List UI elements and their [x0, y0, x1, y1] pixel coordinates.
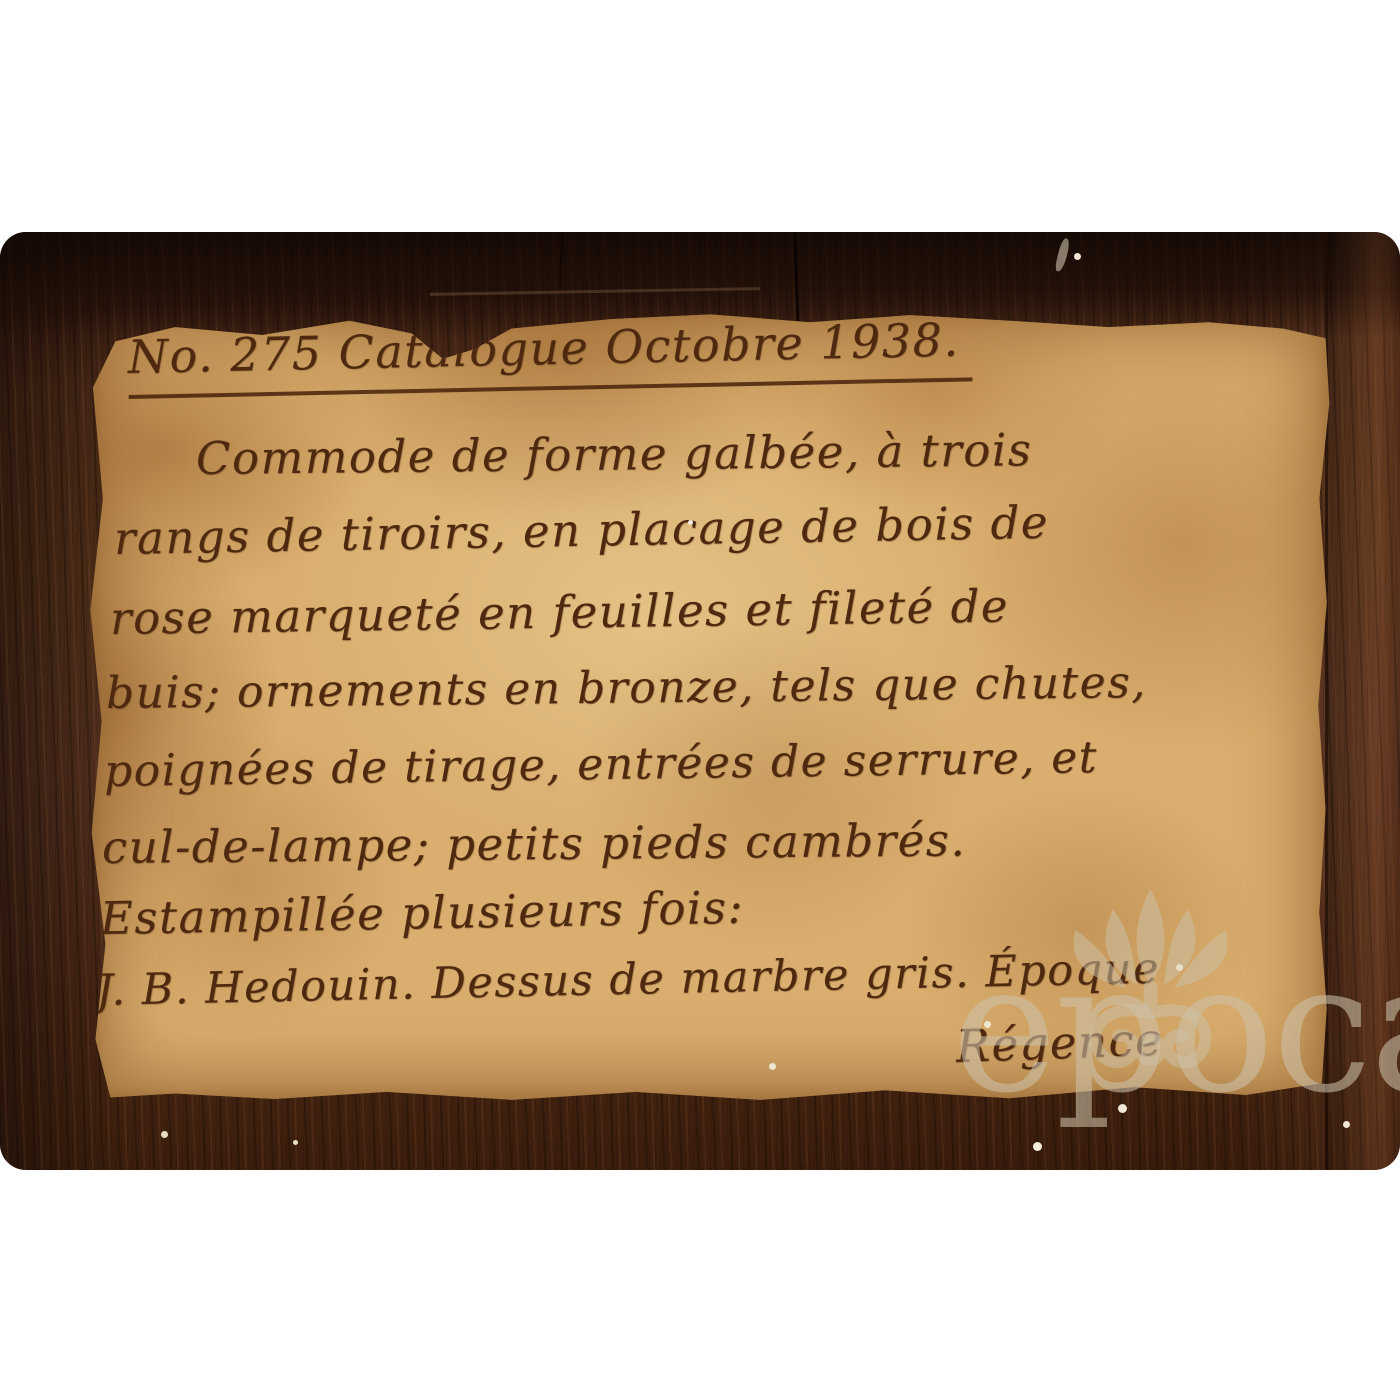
wood-right-plank: [1325, 232, 1400, 1170]
label-text-line: cul-de-lampe; petits pieds cambrés.: [102, 815, 967, 872]
label-text-line: rose marqueté en feuilles et fileté de: [110, 581, 1010, 643]
label-text-line: Estampillée plusieurs fois:: [100, 883, 745, 944]
paint-specks: [0, 232, 5, 237]
antique-label-photo: No. 275 Catalogue Octobre 1938. Commode …: [0, 232, 1400, 1170]
label-text-line: buis; ornements en bronze, tels que chut…: [106, 659, 1147, 718]
label-text-line: Régence: [955, 1015, 1164, 1072]
handwritten-paper-label: No. 275 Catalogue Octobre 1938. Commode …: [88, 308, 1333, 1103]
label-text-line: Commode de forme galbée, à trois: [196, 425, 1033, 483]
